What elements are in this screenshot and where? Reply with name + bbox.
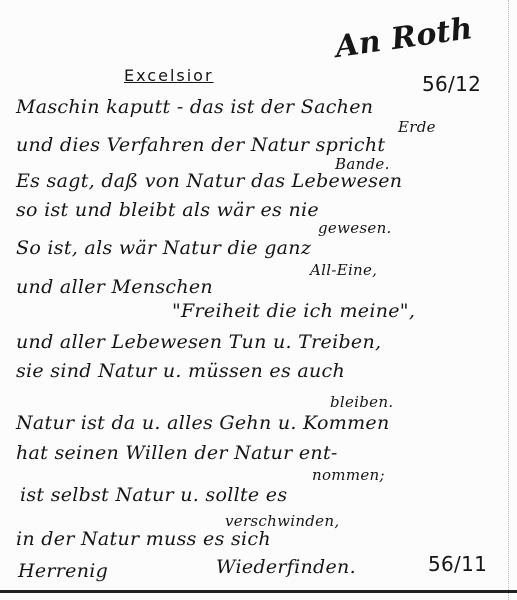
text-line-1: Maschin kaputt - das ist der Sachen: [16, 96, 373, 118]
footer-reference-number: 56/11: [428, 552, 487, 576]
insertion-bleiben: bleiben.: [330, 393, 393, 411]
text-line-10: Natur ist da u. alles Gehn u. Kommen: [16, 412, 390, 434]
insertion-erde: Erde: [398, 118, 436, 136]
text-line-5: So ist, als wär Natur die ganz: [16, 237, 311, 259]
text-line-2: und dies Verfahren der Natur spricht: [16, 134, 385, 156]
text-line-14: Wiederfinden.: [216, 556, 356, 578]
text-line-3: Es sagt, daß von Natur das Lebewesen: [16, 170, 402, 192]
bottom-border: [0, 590, 517, 593]
handwritten-page: Excelsior An Roth 56/12 Maschin kaputt -…: [0, 0, 517, 600]
text-line-11: hat seinen Willen der Natur ent-: [16, 442, 338, 464]
page-edge: [508, 0, 510, 600]
text-line-8: und aller Lebewesen Tun u. Treiben,: [16, 331, 381, 353]
header-stamp: An Roth: [333, 11, 475, 65]
text-line-4: so ist und bleibt als wär es nie: [16, 199, 319, 221]
text-line-7-quote: "Freiheit die ich meine",: [172, 300, 415, 322]
insertion-gewesen: gewesen.: [318, 219, 392, 237]
header-reference-number: 56/12: [422, 72, 481, 96]
text-line-12: ist selbst Natur u. sollte es: [20, 484, 287, 506]
signature: Herrenig: [18, 560, 108, 582]
text-line-6: und aller Menschen: [16, 276, 213, 298]
text-line-13: in der Natur muss es sich: [16, 528, 271, 550]
insertion-all-eine: All-Eine,: [310, 261, 377, 279]
text-line-9: sie sind Natur u. müssen es auch: [16, 360, 345, 382]
document-title: Excelsior: [124, 66, 214, 85]
insertion-nommen: nommen;: [312, 466, 385, 484]
